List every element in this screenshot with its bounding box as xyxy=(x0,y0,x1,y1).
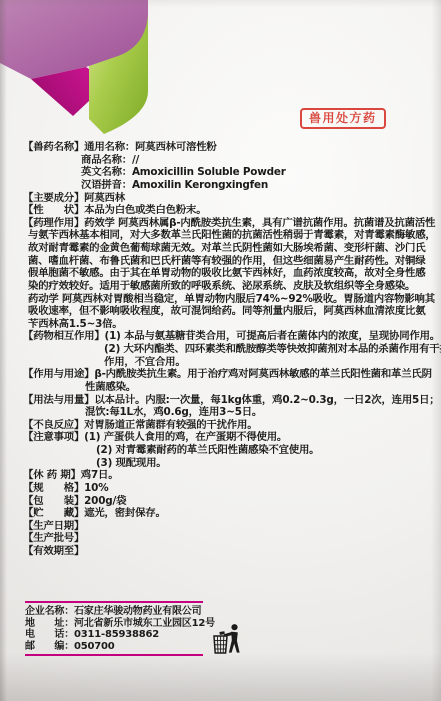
doc-line: 【注意事项】(1) 产蛋供人食用的鸡，在产蛋期不得使用。 xyxy=(23,431,427,444)
manufacturer-block: 企业名称：石家庄华骏动物药业有限公司地 址：河北省新乐市城东工业园区12号电 话… xyxy=(25,601,203,656)
doc-line: 【性 状】本品为白色或类白色粉末。 xyxy=(23,204,427,217)
doc-line: 【贮 藏】遮光，密封保存。 xyxy=(23,507,427,520)
doc-line: 苄西林高1.5~3倍。 xyxy=(23,318,427,331)
doc-line: 【休 药 期】鸡7日。 xyxy=(23,469,427,482)
person-arm xyxy=(224,632,232,637)
doc-line: 染的疗效较好。适用于敏感菌所致的呼吸系统、泌尿系统、皮肤及软组织等全身感染。 xyxy=(23,280,427,293)
doc-line: 菌、嗜血杆菌、布鲁氏菌和巴氏杆菌等有较强的作用，但这些细菌易产生耐药性。对铜绿 xyxy=(23,255,427,268)
manufacturer-line: 电 话：0311-85938862 xyxy=(25,629,203,641)
prescription-badge: 兽用处方药 xyxy=(300,108,386,129)
doc-line: 性菌感染。 xyxy=(23,381,427,394)
doc-line: (3) 现配现用。 xyxy=(23,457,427,470)
doc-line: 【规 格】10% xyxy=(23,482,427,495)
doc-line: 【有效期至】 xyxy=(23,545,427,558)
doc-line: 【药理作用】药效学 阿莫西林属β-内酰胺类抗生素，具有广谱抗菌作用。抗菌谱及抗菌… xyxy=(23,217,427,230)
manufacturer-line: 邮 编：050700 xyxy=(25,641,203,653)
doc-line: 吸收速率，但不影响吸收程度，故可混饲给药。同等剂量内服后，阿莫西林血清浓度比氨 xyxy=(23,305,427,318)
leaflet-page: 兽用处方药 【兽药名称】通用名称：阿莫西林可溶性粉商品名称：//英文名称：Amo… xyxy=(0,0,441,701)
doc-line: 【生产批号】 xyxy=(23,532,427,545)
trash-disposal-icon xyxy=(208,622,246,660)
doc-line: 故对耐青霉素的金黄色葡萄球菌无效。对革兰氏阴性菌如大肠埃希菌、变形杆菌、沙门氏 xyxy=(23,242,427,255)
doc-line: 英文名称：Amoxicillin Soluble Powder xyxy=(23,166,427,179)
ribbon-decoration xyxy=(0,0,160,145)
doc-line: 【包 装】200g/袋 xyxy=(23,495,427,508)
doc-line: 作用，不宜合用。 xyxy=(23,356,427,369)
manufacturer-line: 地 址：河北省新乐市城东工业园区12号 xyxy=(25,618,203,630)
manufacturer-lines: 企业名称：石家庄华骏动物药业有限公司地 址：河北省新乐市城东工业园区12号电 话… xyxy=(25,603,203,654)
doc-line: 假单胞菌不敏感。由于其在单胃动物的吸收比氨苄西林好，血药浓度较高，故对全身性感 xyxy=(23,267,427,280)
doc-line: 【生产日期】 xyxy=(23,520,427,533)
doc-line: (2) 对青霉素耐药的革兰氏阳性菌感染不宜使用。 xyxy=(23,444,427,457)
doc-line: (2) 大环内酯类、四环素类和酰胺醇类等快效抑菌剂对本品的杀菌作用有干扰 xyxy=(23,343,427,356)
doc-line: 【不良反应】对胃肠道正常菌群有较强的干扰作用。 xyxy=(23,419,427,432)
separator-line-bottom xyxy=(25,654,203,656)
doc-line: 混饮:每1L水，鸡0.6g，连用3~5日。 xyxy=(23,406,427,419)
doc-line: 【作用与用途】β-内酰胺类抗生素。用于治疗鸡对阿莫西林敏感的革兰氏阳性菌和革兰氏… xyxy=(23,368,427,381)
drug-info-lines: 【兽药名称】通用名称：阿莫西林可溶性粉商品名称：//英文名称：Amoxicill… xyxy=(23,141,427,558)
doc-line: 与氨苄西林基本相同，对大多数革兰氏阳性菌的抗菌活性稍弱于青霉素，对青霉素酶敏感， xyxy=(23,229,427,242)
doc-line: 【用法与用量】以本品计。内服:一次量，每1kg体重，鸡0.2~0.3g，一日2次… xyxy=(23,394,427,407)
person-head xyxy=(231,624,237,630)
doc-line: 汉语拼音：Amoxilin Kerongxingfen xyxy=(23,179,427,192)
doc-line: 药动学 阿莫西林对胃酸相当稳定，单胃动物内服后74%~92%吸收。胃肠道内容物影… xyxy=(23,293,427,306)
doc-line: 【药物相互作用】(1) 本品与氨基糖苷类合用，可提高后者在菌体内的浓度，呈现协同… xyxy=(23,330,427,343)
manufacturer-line: 企业名称：石家庄华骏动物药业有限公司 xyxy=(25,606,203,618)
doc-line: 【主要成分】阿莫西林 xyxy=(23,192,427,205)
doc-line: 【兽药名称】通用名称：阿莫西林可溶性粉 xyxy=(23,141,427,154)
doc-line: 商品名称：// xyxy=(23,154,427,167)
trash-item xyxy=(219,631,224,635)
